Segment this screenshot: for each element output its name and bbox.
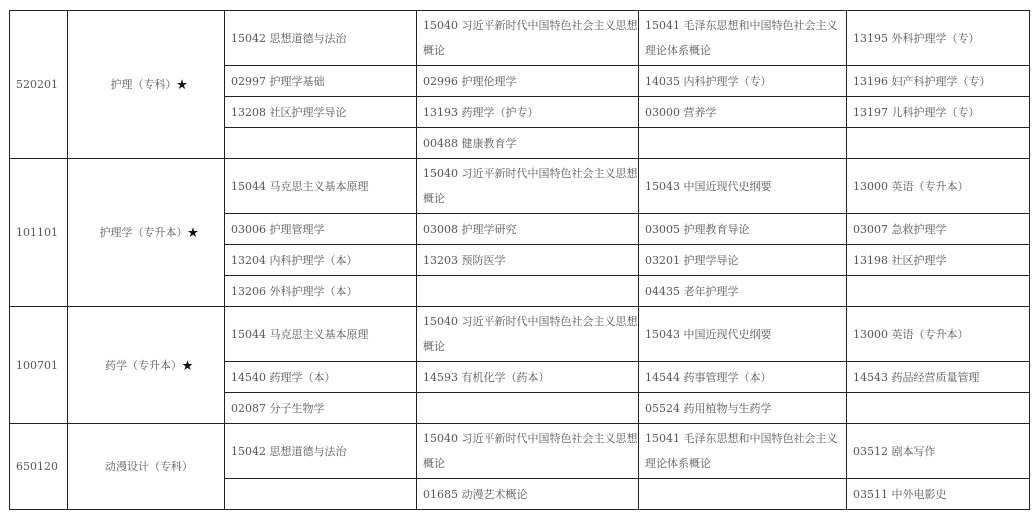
course-cell: 15040 习近平新时代中国特色社会主义思想概论 (417, 424, 639, 479)
course-cell: 00488 健康教育学 (417, 128, 639, 159)
course-cell (225, 479, 417, 510)
course-cell: 14035 内科护理学（专） (639, 66, 847, 97)
table-row: 520201 护理（专科）★ 15042 思想道德与法治 15040 习近平新时… (10, 11, 1030, 66)
star-icon: ★ (182, 359, 193, 372)
course-cell (847, 393, 1030, 424)
course-cell: 14543 药品经营质量管理 (847, 362, 1030, 393)
course-cell: 05524 药用植物与生药学 (639, 393, 847, 424)
course-cell: 01685 动漫艺术概论 (417, 479, 639, 510)
course-cell: 15044 马克思主义基本原理 (225, 307, 417, 362)
course-cell (225, 128, 417, 159)
course-cell: 14544 药事管理学（本） (639, 362, 847, 393)
course-cell: 03201 护理学导论 (639, 245, 847, 276)
course-cell: 15040 习近平新时代中国特色社会主义思想概论 (417, 307, 639, 362)
course-cell: 15041 毛泽东思想和中国特色社会主义理论体系概论 (639, 424, 847, 479)
course-cell: 15044 马克思主义基本原理 (225, 159, 417, 214)
course-cell: 13000 英语（专升本） (847, 159, 1030, 214)
course-cell (639, 128, 847, 159)
course-cell: 13193 药理学（护专） (417, 97, 639, 128)
course-cell: 02087 分子生物学 (225, 393, 417, 424)
course-cell: 15040 习近平新时代中国特色社会主义思想概论 (417, 159, 639, 214)
major-name: 护理（专科） (111, 78, 177, 91)
course-cell: 13196 妇产科护理学（专） (847, 66, 1030, 97)
star-icon: ★ (188, 226, 199, 239)
course-cell: 13203 预防医学 (417, 245, 639, 276)
course-cell (639, 479, 847, 510)
major-name-cell: 药学（专升本）★ (68, 307, 225, 424)
course-cell: 03006 护理管理学 (225, 214, 417, 245)
course-cell: 03007 急救护理学 (847, 214, 1030, 245)
course-cell (417, 276, 639, 307)
course-cell (417, 393, 639, 424)
course-cell: 15040 习近平新时代中国特色社会主义思想概论 (417, 11, 639, 66)
course-cell: 03008 护理学研究 (417, 214, 639, 245)
course-cell (847, 276, 1030, 307)
course-cell: 03511 中外电影史 (847, 479, 1030, 510)
course-table: 520201 护理（专科）★ 15042 思想道德与法治 15040 习近平新时… (9, 10, 1030, 510)
course-cell: 15043 中国近现代史纲要 (639, 307, 847, 362)
major-name-cell: 动漫设计（专科） (68, 424, 225, 510)
major-name: 动漫设计（专科） (105, 460, 193, 473)
course-cell: 13197 儿科护理学（专） (847, 97, 1030, 128)
course-cell: 03512 剧本写作 (847, 424, 1030, 479)
course-cell: 14540 药理学（本） (225, 362, 417, 393)
table-row: 650120 动漫设计（专科） 15042 思想道德与法治 15040 习近平新… (10, 424, 1030, 479)
table-row: 101101 护理学（专升本）★ 15044 马克思主义基本原理 15040 习… (10, 159, 1030, 214)
major-code: 520201 (10, 11, 68, 159)
course-cell: 13208 社区护理学导论 (225, 97, 417, 128)
major-code: 100701 (10, 307, 68, 424)
course-cell (847, 128, 1030, 159)
major-name-cell: 护理学（专升本）★ (68, 159, 225, 307)
major-name: 药学（专升本） (105, 359, 182, 372)
major-name-cell: 护理（专科）★ (68, 11, 225, 159)
course-cell: 03005 护理教育导论 (639, 214, 847, 245)
course-cell: 13204 内科护理学（本） (225, 245, 417, 276)
course-cell: 13000 英语（专升本） (847, 307, 1030, 362)
course-cell: 04435 老年护理学 (639, 276, 847, 307)
course-cell: 15042 思想道德与法治 (225, 11, 417, 66)
course-cell: 13206 外科护理学（本） (225, 276, 417, 307)
major-code: 101101 (10, 159, 68, 307)
course-cell: 15042 思想道德与法治 (225, 424, 417, 479)
course-cell: 02996 护理伦理学 (417, 66, 639, 97)
major-name: 护理学（专升本） (100, 226, 188, 239)
course-cell: 15041 毛泽东思想和中国特色社会主义理论体系概论 (639, 11, 847, 66)
course-cell: 13198 社区护理学 (847, 245, 1030, 276)
course-cell: 14593 有机化学（药本） (417, 362, 639, 393)
course-cell: 13195 外科护理学（专） (847, 11, 1030, 66)
course-cell: 02997 护理学基础 (225, 66, 417, 97)
star-icon: ★ (177, 78, 188, 91)
course-cell: 15043 中国近现代史纲要 (639, 159, 847, 214)
major-code: 650120 (10, 424, 68, 510)
table-row: 100701 药学（专升本）★ 15044 马克思主义基本原理 15040 习近… (10, 307, 1030, 362)
course-cell: 03000 营养学 (639, 97, 847, 128)
